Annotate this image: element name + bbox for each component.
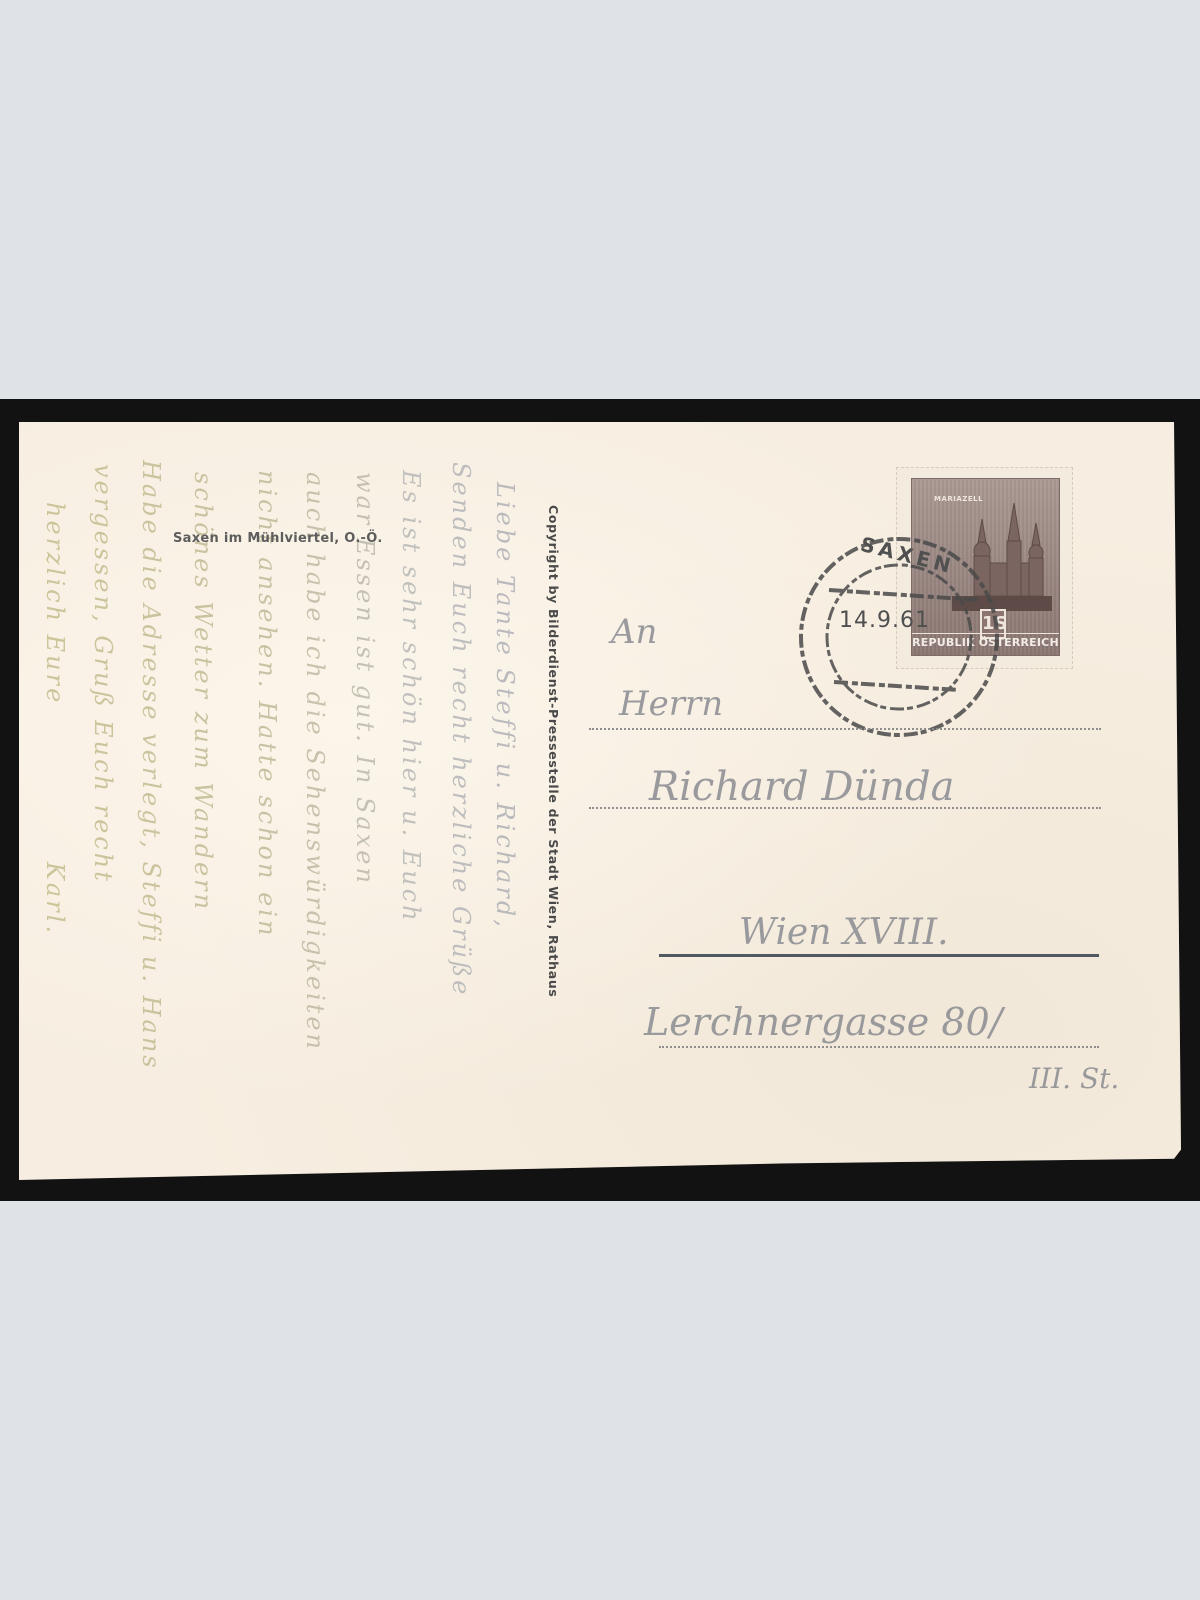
message-line: herzlich Eure xyxy=(41,502,69,705)
copyright-notice: Copyright by Bilderdienst-Pressestelle d… xyxy=(546,505,561,998)
message-line: Liebe Tante Steffi u. Richard, xyxy=(491,482,519,930)
handwritten-message: Liebe Tante Steffi u. Richard, Senden Eu… xyxy=(29,442,539,1162)
address-line-1: An xyxy=(611,612,657,652)
message-line: auch habe ich die Sehenswürdigkeiten xyxy=(301,472,329,1052)
message-line: Habe die Adresse verlegt, Steffi u. Hans xyxy=(137,460,165,1071)
postcard: Liebe Tante Steffi u. Richard, Senden Eu… xyxy=(19,422,1181,1180)
address-line-5: Lerchnergasse 80/ xyxy=(644,1000,1002,1044)
message-line: Es ist sehr schön hier u. Euch xyxy=(397,470,425,924)
address-rule-2 xyxy=(589,807,1101,809)
photo-caption: Saxen im Mühlviertel, O.-Ö. xyxy=(173,531,383,546)
message-line: Karl. xyxy=(41,862,69,936)
message-line: vergessen, Gruß Euch recht xyxy=(89,464,117,884)
address-rule-city xyxy=(659,954,1099,957)
address-line-6: III. St. xyxy=(1029,1062,1119,1095)
message-line: Senden Euch recht herzliche Grüße xyxy=(447,462,475,997)
postmark-date: 14.9.61 xyxy=(839,608,930,633)
address-line-3: Richard Dünda xyxy=(649,764,954,810)
address-rule-1 xyxy=(589,728,1101,730)
address-rule-3 xyxy=(659,1046,1099,1048)
postcard-scan: Liebe Tante Steffi u. Richard, Senden Eu… xyxy=(0,399,1200,1201)
address-line-4: Wien XVIII. xyxy=(739,912,949,953)
address-line-2: Herrn xyxy=(619,684,723,724)
